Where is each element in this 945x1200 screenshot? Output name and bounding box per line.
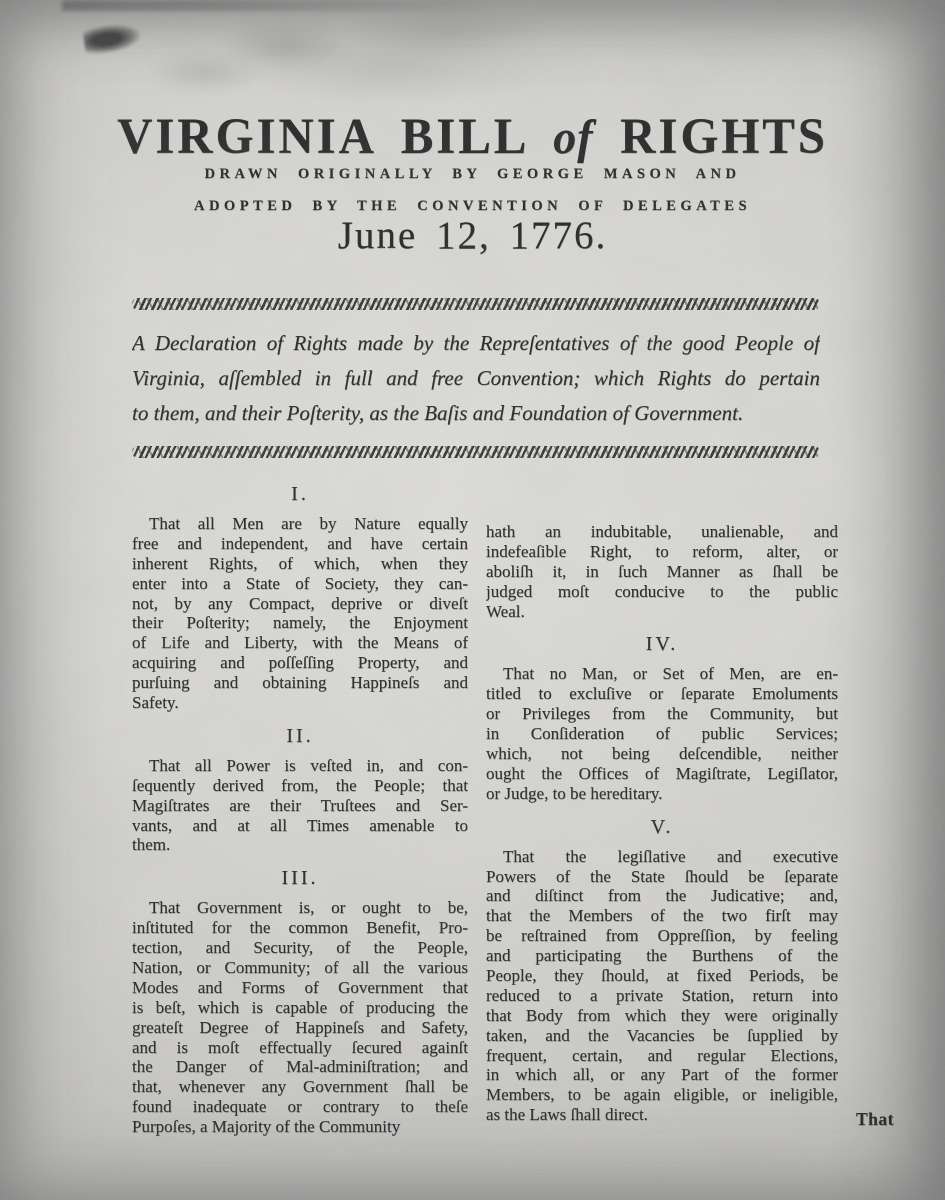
text-line: That all Power is veſted in, and con- (132, 756, 468, 776)
page-title: VIRGINIA BILL of RIGHTS (19, 108, 926, 166)
text-line: and participating the Burthens of the (486, 946, 838, 966)
text-line: enter into a State of Society, they can- (132, 574, 468, 594)
right-column: hath an indubitable, unalienable, and in… (486, 483, 838, 1137)
left-column: I. That all Men are by Nature equally fr… (132, 483, 468, 1137)
text-line: indefeaſible Right, to reform, alter, or (486, 542, 838, 562)
section-v-heading: V. (486, 816, 838, 839)
declaration-line: A Declaration of Rights made by the Repr… (132, 326, 820, 361)
text-line: inherent Rights, of which, when they (132, 554, 468, 574)
section-ii-heading: II. (132, 725, 468, 748)
section-iv-heading: IV. (486, 633, 838, 656)
text-line: purſuing and obtaining Happineſs and (132, 673, 468, 693)
paper-edge-streak (62, 0, 492, 11)
text-line: tection, and Security, of the People, (132, 938, 468, 958)
rope-ornament-rule-bottom (132, 446, 820, 458)
text-line: that the Members of the two firſt may (486, 906, 838, 926)
section-iii-heading: III. (132, 867, 468, 890)
text-line: Safety. (132, 693, 468, 713)
text-line: Magiſtrates are their Truſtees and Ser- (132, 796, 468, 816)
text-line: them. (132, 835, 468, 855)
declaration-line: to them, and their Poſterity, as the Baſ… (132, 396, 820, 431)
text-line: their Poſterity; namely, the Enjoyment (132, 613, 468, 633)
title-text-of: of (553, 111, 593, 164)
date-line: June 12, 1776. (0, 213, 945, 258)
text-line: titled to excluſive or ſeparate Emolumen… (486, 684, 838, 704)
text-line: acquiring and poſſeſſing Property, and (132, 653, 468, 673)
paper-smudge (55, 0, 615, 105)
text-line: the Danger of Mal-adminiſtration; and (132, 1057, 468, 1077)
subtitle-line: DRAWN ORIGINALLY BY GEORGE MASON AND (0, 159, 945, 191)
text-line: taken, and the Vacancies be ſupplied by (486, 1026, 838, 1046)
text-line: and diſtinct from the Judicative; and, (486, 886, 838, 906)
text-line: which, not being deſcendible, neither (486, 744, 838, 764)
text-line: judged moſt conducive to the public (486, 582, 838, 602)
text-line: frequent, certain, and regular Elections… (486, 1046, 838, 1066)
text-line: free and independent, and have certain (132, 534, 468, 554)
text-line: That all Men are by Nature equally (132, 514, 468, 534)
text-line: ſequently derived from, the People; that (132, 776, 468, 796)
text-line: be reſtrained from Oppreſſion, by feelin… (486, 926, 838, 946)
rope-ornament-rule-top (132, 298, 820, 310)
text-line: as the Laws ſhall direct. (486, 1105, 838, 1125)
text-line: or Judge, to be hereditary. (486, 784, 838, 804)
text-line: ought the Offices of Magiſtrate, Legiſla… (486, 764, 838, 784)
text-line: That the legiſlative and executive (486, 847, 838, 867)
document-page: VIRGINIA BILL of RIGHTS DRAWN ORIGINALLY… (0, 0, 945, 1200)
text-line: in which all, or any Part of the former (486, 1065, 838, 1085)
text-line: is beſt, which is capable of producing t… (132, 998, 468, 1018)
text-line: not, by any Compact, deprive or diveſt (132, 594, 468, 614)
text-line: Modes and Forms of Government that (132, 978, 468, 998)
text-line: People, they ſhould, at fixed Periods, b… (486, 966, 838, 986)
text-line: hath an indubitable, unalienable, and (486, 522, 838, 542)
text-line: Members, to be again eligible, or inelig… (486, 1085, 838, 1105)
section-i-heading: I. (132, 483, 468, 506)
text-line: and is moſt effectually ſecured againſt (132, 1038, 468, 1058)
text-line: in Conſideration of public Services; (486, 724, 838, 744)
declaration-paragraph: A Declaration of Rights made by the Repr… (132, 326, 820, 431)
text-line: that, whenever any Government ſhall be (132, 1077, 468, 1097)
text-line: aboliſh it, in ſuch Manner as ſhall be (486, 562, 838, 582)
text-line: Nation, or Community; of all the various (132, 958, 468, 978)
text-line: of Life and Liberty, with the Means of (132, 633, 468, 653)
text-line: Powers of the State ſhould be ſeparate (486, 867, 838, 887)
text-line: Purpoſes, a Majority of the Community (132, 1117, 468, 1137)
text-line: That Government is, or ought to be, (132, 898, 468, 918)
title-text-right: RIGHTS (620, 109, 828, 165)
text-line: that Body from which they were originall… (486, 1006, 838, 1026)
text-line: greateſt Degree of Happineſs and Safety, (132, 1018, 468, 1038)
text-line: inſtituted for the common Benefit, Pro- (132, 918, 468, 938)
text-line: found inadequate or contrary to theſe (132, 1097, 468, 1117)
catchword: That (856, 1109, 894, 1130)
text-line: reduced to a private Station, return int… (486, 986, 838, 1006)
body-columns: I. That all Men are by Nature equally fr… (132, 483, 838, 1137)
text-line: That no Man, or Set of Men, are en- (486, 664, 838, 684)
text-line: vants, and at all Times amenable to (132, 816, 468, 836)
declaration-line: Virginia, aſſembled in full and free Con… (132, 361, 820, 396)
title-text-left: VIRGINIA BILL (117, 109, 526, 165)
text-line: Weal. (486, 602, 838, 622)
text-line: or Privileges from the Community, but (486, 704, 838, 724)
